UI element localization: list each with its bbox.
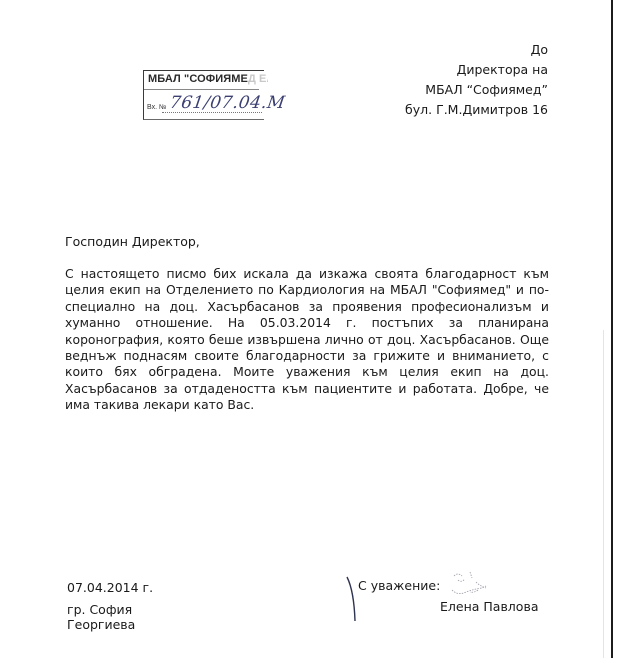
handwritten-signature	[448, 568, 490, 602]
sender-location: гр. София Георгиева	[67, 602, 135, 632]
page-edge-border	[611, 0, 613, 658]
stamp-divider	[144, 89, 259, 90]
stamp-institution-visible: МБАЛ "СОФИЯМЕ	[148, 73, 248, 85]
stamp-institution-faded: Д ЕАД	[248, 73, 268, 85]
registration-stamp: МБАЛ "СОФИЯМЕД ЕАД Вх. № 761/07.04.М	[143, 70, 264, 120]
scan-artifact-line	[603, 330, 604, 658]
letter-body: С настоящето писмо бих искала да изкажа …	[65, 266, 549, 414]
address-line: бул. Г.М.Димитров 16	[405, 100, 548, 120]
address-line: До	[405, 40, 548, 60]
letter-date: 07.04.2014 г.	[67, 580, 153, 595]
stamp-incoming-label: Вх. №	[147, 104, 167, 111]
recipient-address: До Директора на МБАЛ “Софиямед” бул. Г.М…	[405, 40, 548, 120]
address-line: Директора на	[405, 60, 548, 80]
stamp-institution: МБАЛ "СОФИЯМЕД ЕАД	[148, 73, 268, 85]
address-line: МБАЛ “Софиямед”	[405, 80, 548, 100]
sender-city: гр. София	[67, 602, 135, 617]
sender-district: Георгиева	[67, 617, 135, 632]
letter-greeting: Господин Директор,	[65, 234, 200, 249]
stamp-handwritten-number: 761/07.04.М	[169, 93, 287, 113]
scanned-letter-page: МБАЛ "СОФИЯМЕД ЕАД Вх. № 761/07.04.М До …	[0, 0, 640, 658]
closing-salutation: С уважение:	[358, 578, 440, 593]
signer-name: Елена Павлова	[440, 599, 538, 614]
pen-stroke-mark	[345, 575, 359, 623]
